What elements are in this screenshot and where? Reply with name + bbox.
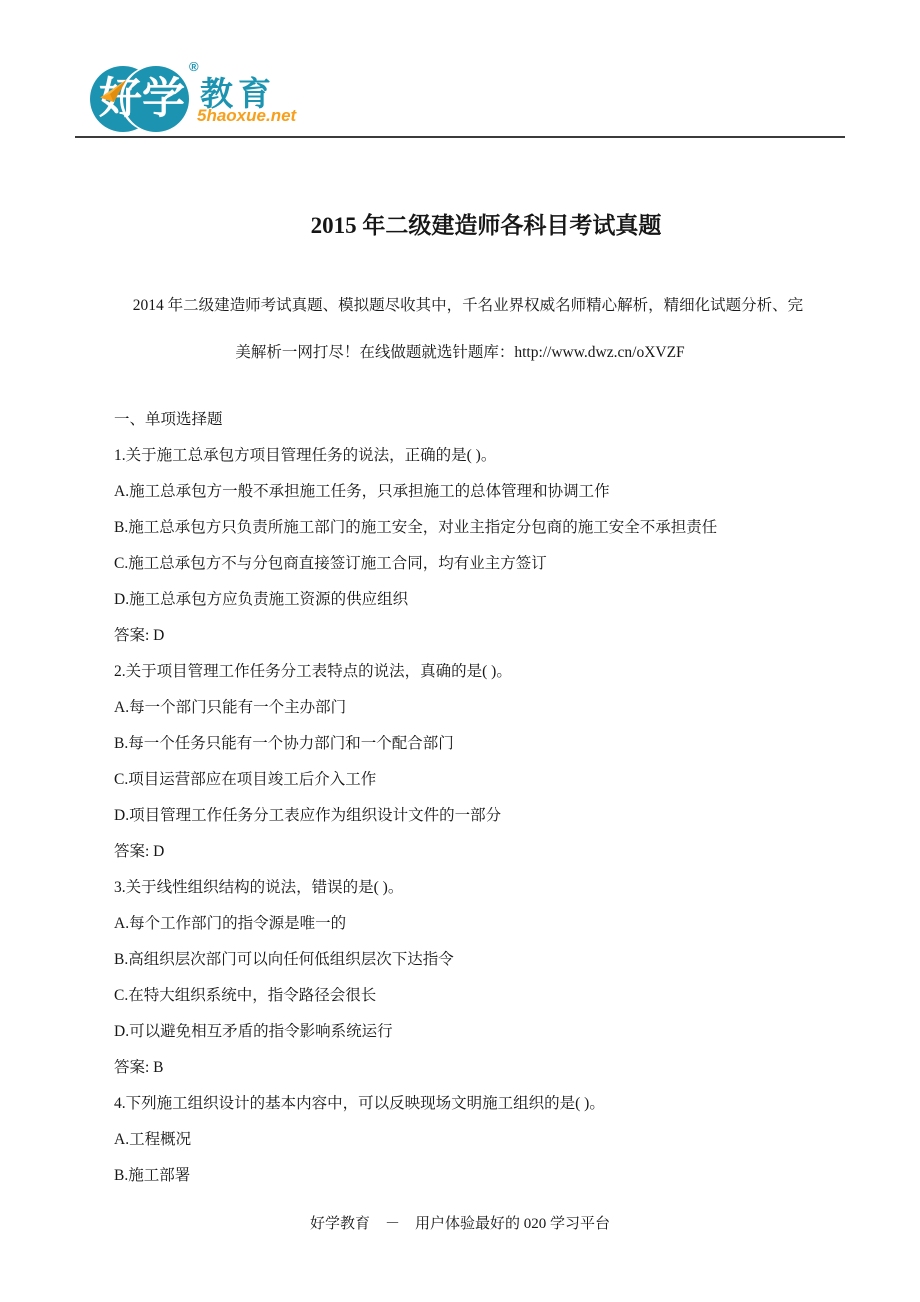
questions-container: 1.关于施工总承包方项目管理任务的说法，正确的是( )。A.施工总承包方一般不承…: [114, 438, 830, 1194]
question-block: 1.关于施工总承包方项目管理任务的说法，正确的是( )。A.施工总承包方一般不承…: [114, 438, 830, 654]
logo-domain-text: 5haoxue.net: [197, 106, 296, 126]
question-stem: 2.关于项目管理工作任务分工表特点的说法，真确的是( )。: [114, 654, 830, 690]
intro-paragraph: 2014 年二级建造师考试真题、模拟题尽收其中，千名业界权威名师精心解析，精细化…: [60, 282, 860, 376]
question-option: A.工程概况: [114, 1122, 830, 1158]
question-block: 2.关于项目管理工作任务分工表特点的说法，真确的是( )。A.每一个部门只能有一…: [114, 654, 830, 870]
question-option: B.施工部署: [114, 1158, 830, 1194]
page-footer: 好学教育 － 用户体验最好的 020 学习平台: [0, 1212, 920, 1233]
question-option: B.高组织层次部门可以向任何低组织层次下达指令: [114, 942, 830, 978]
question-stem: 4.下列施工组织设计的基本内容中，可以反映现场文明施工组织的是( )。: [114, 1086, 830, 1122]
question-option: D.可以避免相互矛盾的指令影响系统运行: [114, 1014, 830, 1050]
page-title: 2015 年二级建造师各科目考试真题: [0, 207, 920, 240]
logo: 好学 ® 教育 5haoxue.net: [90, 60, 390, 136]
question-answer: 答案: D: [114, 618, 830, 654]
header-divider: [75, 136, 845, 138]
question-stem: 1.关于施工总承包方项目管理任务的说法，正确的是( )。: [114, 438, 830, 474]
question-option: A.施工总承包方一般不承担施工任务，只承担施工的总体管理和协调工作: [114, 474, 830, 510]
questions-section: 一、单项选择题 1.关于施工总承包方项目管理任务的说法，正确的是( )。A.施工…: [114, 402, 830, 1194]
question-option: D.项目管理工作任务分工表应作为组织设计文件的一部分: [114, 798, 830, 834]
question-option: B.每一个任务只能有一个协力部门和一个配合部门: [114, 726, 830, 762]
question-option: D.施工总承包方应负责施工资源的供应组织: [114, 582, 830, 618]
intro-line-2: 美解析一网打尽！在线做题就选针题库：http://www.dwz.cn/oXVZ…: [60, 329, 860, 376]
question-option: A.每一个部门只能有一个主办部门: [114, 690, 830, 726]
section-heading: 一、单项选择题: [114, 402, 830, 438]
question-option: C.施工总承包方不与分包商直接签订施工合同，均有业主方签订: [114, 546, 830, 582]
question-option: A.每个工作部门的指令源是唯一的: [114, 906, 830, 942]
question-answer: 答案: D: [114, 834, 830, 870]
question-option: C.项目运营部应在项目竣工后介入工作: [114, 762, 830, 798]
question-stem: 3.关于线性组织结构的说法，错误的是( )。: [114, 870, 830, 906]
question-option: C.在特大组织系统中，指令路径会很长: [114, 978, 830, 1014]
question-answer: 答案: B: [114, 1050, 830, 1086]
question-option: B.施工总承包方只负责所施工部门的施工安全，对业主指定分包商的施工安全不承担责任: [114, 510, 830, 546]
registered-mark: ®: [189, 59, 199, 74]
document-page: 好学 ® 教育 5haoxue.net 2015 年二级建造师各科目考试真题 2…: [0, 0, 920, 1302]
intro-line-1: 2014 年二级建造师考试真题、模拟题尽收其中，千名业界权威名师精心解析，精细化…: [60, 282, 860, 329]
paper-plane-icon: [99, 80, 132, 112]
question-block: 4.下列施工组织设计的基本内容中，可以反映现场文明施工组织的是( )。A.工程概…: [114, 1086, 830, 1194]
question-block: 3.关于线性组织结构的说法，错误的是( )。A.每个工作部门的指令源是唯一的B.…: [114, 870, 830, 1086]
